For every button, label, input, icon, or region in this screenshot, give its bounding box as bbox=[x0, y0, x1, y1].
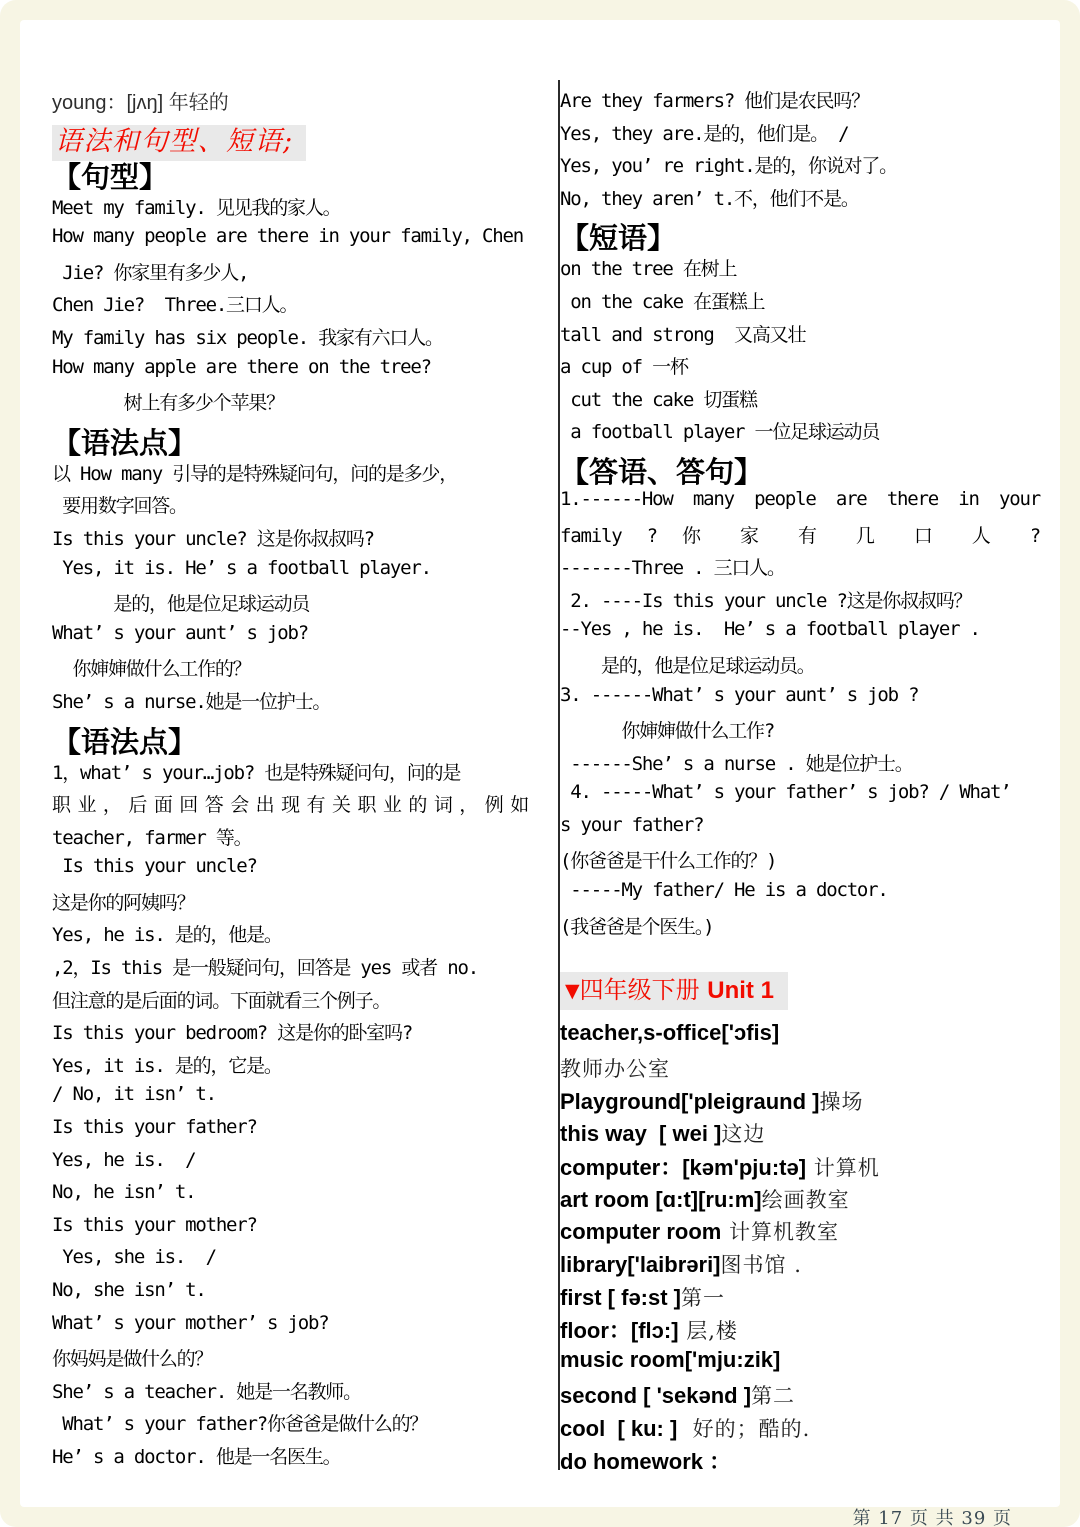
text-line: tall and strong 又高又壮 bbox=[560, 320, 1040, 353]
text-line: 要用数字回答。 bbox=[52, 491, 528, 524]
vocab-line: 教师办公室 bbox=[560, 1053, 1040, 1086]
text-line: a cup of 一杯 bbox=[560, 352, 1040, 385]
text-line: (你爸爸是干什么工作的？) bbox=[560, 846, 1040, 879]
text-line: She’ s a nurse.她是一位护士。 bbox=[52, 687, 528, 720]
triangle-marker-icon: ▼ bbox=[565, 980, 580, 1002]
text-line: 【答语、答句】 bbox=[560, 450, 1040, 488]
text-line: Yes, it is. 是的，它是。 bbox=[52, 1051, 528, 1084]
text-line: Yes, he is. / bbox=[52, 1149, 528, 1182]
text-line: ,2，Is this 是一般疑问句，回答是 yes 或者 no. bbox=[52, 953, 528, 986]
text-line: 【语法点】 bbox=[52, 421, 528, 459]
vocab-line: computer：[kəm'pju:tə] 计算机 bbox=[560, 1151, 1040, 1184]
right-column: Are they farmers? 他们是农民吗？Yes, they are.是… bbox=[560, 86, 1040, 1478]
text-line: 以 How many 引导的是特殊疑问句，问的是多少， bbox=[52, 459, 528, 492]
text-line: teacher, farmer 等。 bbox=[52, 823, 528, 856]
text-line: Yes, he is. 是的，他是。 bbox=[52, 920, 528, 953]
vocab-line: first [ fə:st ]第一 bbox=[560, 1282, 1040, 1315]
text-line: Are they farmers? 他们是农民吗？ bbox=[560, 86, 1040, 119]
text-line: Yes, you’ re right.是的，你说对了。 bbox=[560, 151, 1040, 184]
right-text-block: Are they farmers? 他们是农民吗？Yes, they are.是… bbox=[560, 86, 1040, 944]
text-line: No, they aren’ t.不，他们不是。 bbox=[560, 184, 1040, 217]
page-number: 第 17 页 共 39 页 bbox=[853, 1504, 1012, 1527]
text-line: 2. ----Is this your uncle ?这是你叔叔吗？ bbox=[560, 586, 1040, 619]
text-line: 你婶婶做什么工作的？ bbox=[52, 654, 528, 687]
text-line: Is this your uncle? bbox=[52, 855, 528, 888]
vocab-line: library['laibrəri]图书馆 . bbox=[560, 1249, 1040, 1282]
text-line: young：[jʌŋ] 年轻的 bbox=[52, 86, 528, 119]
text-line: family ? 你 家 有 几 口 人 ? bbox=[560, 521, 1040, 554]
text-line: 【短语】 bbox=[560, 216, 1040, 254]
text-line: Is this your uncle? 这是你叔叔吗? bbox=[52, 524, 528, 557]
vocab-line: art room [ɑ:t][ru:m]绘画教室 bbox=[560, 1184, 1040, 1217]
text-line: 【语法点】 bbox=[52, 720, 528, 758]
vocab-line: this way [ wei ]这边 bbox=[560, 1118, 1040, 1151]
vocab-line: music room['mju:zik] bbox=[560, 1347, 1040, 1380]
text-line: Jie? 你家里有多少人, bbox=[52, 258, 528, 291]
text-line: 职业，后面回答会出现有关职业的词，例如 bbox=[52, 790, 528, 823]
left-column: young：[jʌŋ] 年轻的语法和句型、短语;【句型】Meet my fami… bbox=[52, 86, 528, 1475]
text-line: Yes, they are.是的，他们是。 / bbox=[560, 119, 1040, 152]
vocab-line: floor：[flɔ:] 层,楼 bbox=[560, 1314, 1040, 1347]
text-line: What’ s your mother’ s job? bbox=[52, 1312, 528, 1345]
text-line: -------Three . 三口人。 bbox=[560, 553, 1040, 586]
text-line: 树上有多少个苹果？ bbox=[52, 388, 528, 421]
text-line: Yes, she is. / bbox=[52, 1246, 528, 1279]
vocabulary-list: teacher,s-office['ɔfis]教师办公室Playground['… bbox=[560, 1020, 1040, 1478]
vocab-line: do homework ： bbox=[560, 1445, 1040, 1478]
text-line: What’ s your father?你爸爸是做什么的？ bbox=[52, 1409, 528, 1442]
text-line: 1，what’ s your…job? 也是特殊疑问句，问的是 bbox=[52, 758, 528, 791]
text-line: 你婶婶做什么工作? bbox=[560, 716, 1040, 749]
section-gap bbox=[560, 944, 1040, 972]
vocab-line: Playground['pleiɡraund ]操场 bbox=[560, 1086, 1040, 1119]
page-frame: young：[jʌŋ] 年轻的语法和句型、短语;【句型】Meet my fami… bbox=[0, 0, 1080, 1527]
text-line: 但注意的是后面的词。下面就看三个例子。 bbox=[52, 986, 528, 1019]
text-line: Yes, it is. He’ s a football player. bbox=[52, 557, 528, 590]
text-line: --Yes , he is. He’ s a football player . bbox=[560, 618, 1040, 651]
vocab-line: cool [ ku: ] 好的；酷的. bbox=[560, 1413, 1040, 1446]
text-line: He’ s a doctor. 他是一名医生。 bbox=[52, 1442, 528, 1475]
vocab-line: teacher,s-office['ɔfis] bbox=[560, 1020, 1040, 1053]
text-line: cut the cake 切蛋糕 bbox=[560, 385, 1040, 418]
document-page: young：[jʌŋ] 年轻的语法和句型、短语;【句型】Meet my fami… bbox=[20, 20, 1060, 1507]
text-line: 3. ------What’ s your aunt’ s job ? bbox=[560, 684, 1040, 717]
text-line: What’ s your aunt’ s job? bbox=[52, 622, 528, 655]
text-line: s your father? bbox=[560, 814, 1040, 847]
text-line: a football player 一位足球运动员 bbox=[560, 417, 1040, 450]
text-line: Is this your father? bbox=[52, 1116, 528, 1149]
vocab-line: computer room 计算机教室 bbox=[560, 1216, 1040, 1249]
text-line: -----My father/ He is a doctor. bbox=[560, 879, 1040, 912]
text-line: How many apple are there on the tree? bbox=[52, 356, 528, 389]
text-line: ------She’ s a nurse . 她是位护士。 bbox=[560, 749, 1040, 782]
text-line: on the cake 在蛋糕上 bbox=[560, 287, 1040, 320]
text-line: 是的，他是位足球运动员 bbox=[52, 589, 528, 622]
text-line: 语法和句型、短语; bbox=[52, 119, 528, 155]
text-line: Chen Jie? Three.三口人。 bbox=[52, 290, 528, 323]
unit-banner-grade-label: 四年级下册 bbox=[580, 976, 708, 1004]
text-line: No, she isn’ t. bbox=[52, 1279, 528, 1312]
text-line: She’ s a teacher. 她是一名教师。 bbox=[52, 1377, 528, 1410]
text-line: 这是你的阿姨吗？ bbox=[52, 888, 528, 921]
text-line: 1.------How many people are there in you… bbox=[560, 488, 1040, 521]
text-line: My family has six people. 我家有六口人。 bbox=[52, 323, 528, 356]
text-line: Meet my family. 见见我的家人。 bbox=[52, 193, 528, 226]
unit-banner-unit-label: Unit 1 bbox=[707, 977, 774, 1004]
text-line: Is this your mother? bbox=[52, 1214, 528, 1247]
unit-1-banner: ▼四年级下册 Unit 1 bbox=[560, 972, 788, 1010]
text-line: How many people are there in your family… bbox=[52, 225, 528, 258]
text-line: / No, it isn’ t. bbox=[52, 1083, 528, 1116]
text-line: on the tree 在树上 bbox=[560, 254, 1040, 287]
text-line: 是的，他是位足球运动员。 bbox=[560, 651, 1040, 684]
text-line: Is this your bedroom? 这是你的卧室吗? bbox=[52, 1018, 528, 1051]
text-line: (我爸爸是个医生。) bbox=[560, 912, 1040, 945]
text-line: 4. -----What’ s your father’ s job? / Wh… bbox=[560, 781, 1040, 814]
text-line: No, he isn’ t. bbox=[52, 1181, 528, 1214]
text-line: 你妈妈是做什么的？ bbox=[52, 1344, 528, 1377]
vocab-line: second [ 'sekənd ]第二 bbox=[560, 1380, 1040, 1413]
